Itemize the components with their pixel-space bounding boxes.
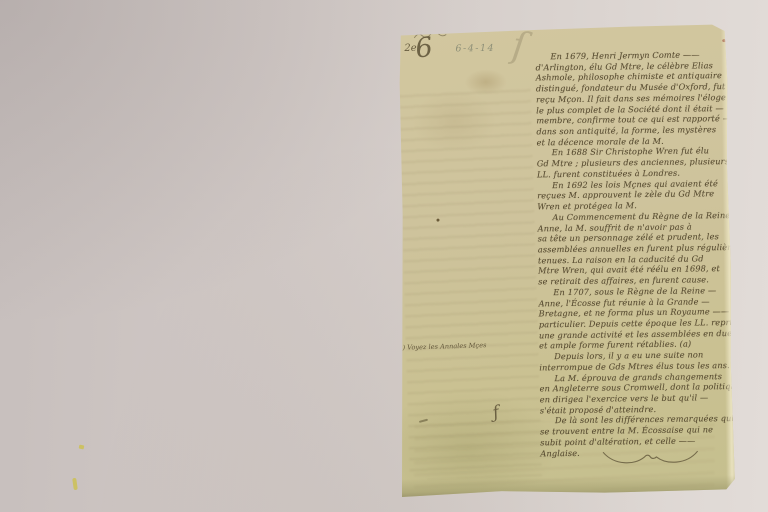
- pen-scribble-icon: [413, 30, 447, 40]
- paraph-mark: ƒ: [491, 402, 502, 423]
- closing-flourish-icon: [600, 447, 700, 468]
- ink-spot: [436, 219, 439, 222]
- manuscript-text: En 1679, Henri Jermyn Comte ——d'Arlingto…: [535, 49, 742, 459]
- sealing-wax-speck: [722, 39, 726, 42]
- manuscript-page: 2e 6 6-4-14 ſ En 1679, Henri Jermyn Comt…: [393, 23, 742, 497]
- stray-pen-mark: [419, 419, 428, 423]
- photo-backdrop: 2e 6 6-4-14 ſ En 1679, Henri Jermyn Comt…: [0, 0, 768, 512]
- ghost-flourish: ſ: [510, 25, 528, 67]
- archive-pencil-code: 6-4-14: [455, 43, 495, 54]
- backdrop-speck: [79, 445, 85, 450]
- backdrop-speck: [72, 478, 78, 490]
- margin-note: (a) Voyez les Annales Mçes: [396, 341, 487, 352]
